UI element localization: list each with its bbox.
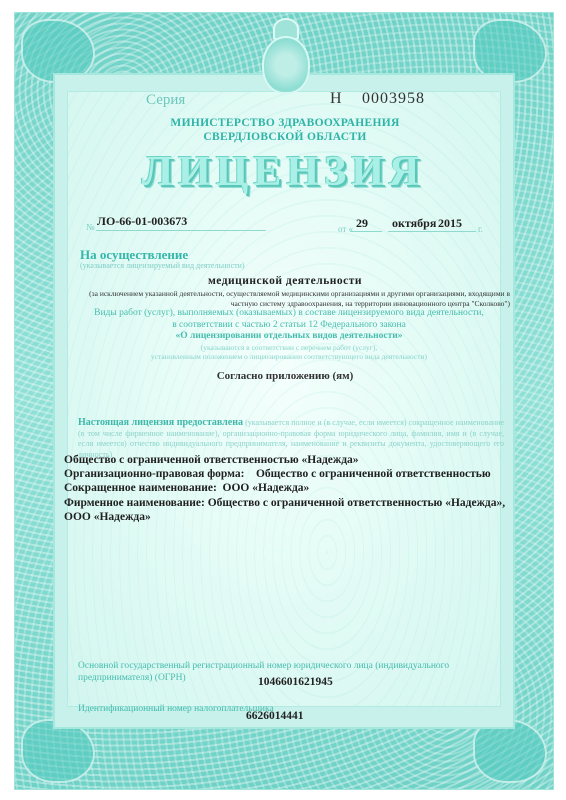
license-number-label: № [86,222,95,232]
org-short-name-row: Сокращенное наименование: ООО «Надежда» [64,481,534,495]
organization-details: Общество с ограниченной ответственностью… [64,453,534,524]
activity-note: (за исключением указанной деятельности, … [70,289,510,309]
series-letter: Н [330,90,343,108]
brand-name-value: Общество с ограниченной ответственностью… [208,497,505,509]
date-year: 2015 [438,216,462,231]
series-number: 0003958 [362,90,425,108]
brand-name-continued: ООО «Надежда» [64,510,534,524]
inn-label: Идентификационный номер налогоплательщик… [78,704,274,714]
issuing-authority: МИНИСТЕРСТВО ЗДРАВООХРАНЕНИЯ СВЕРДЛОВСКО… [120,116,450,144]
date-from-label: от « [338,224,353,234]
works-hint: (указываются в соответствии с перечнем р… [74,343,504,362]
licensed-activity: медицинской деятельности [60,275,510,287]
document-title: ЛИЦЕНЗИЯ [120,148,446,196]
date-month: октября [392,216,436,231]
works-hint-line: (указываются в соответствии с перечнем р… [74,343,504,353]
coat-of-arms-icon [262,36,310,94]
short-name-value: ООО «Надежда» [223,482,310,494]
org-legal-form-row: Организационно-правовая форма: Общество … [64,467,534,481]
ogrn-value: 1046601621945 [258,676,333,688]
series-label: Серия [146,92,185,109]
law-title: «О лицензировании отдельных видов деятел… [74,331,504,343]
works-description: Виды работ (услуг), выполняемых (оказыва… [74,308,504,362]
authority-line: МИНИСТЕРСТВО ЗДРАВООХРАНЕНИЯ [120,116,450,130]
org-brand-name-row: Фирменное наименование: Общество с огран… [64,496,534,510]
brand-name-label: Фирменное наименование: [64,497,205,509]
works-line: Виды работ (услуг), выполняемых (оказыва… [74,308,504,320]
underline [388,231,476,232]
legal-form-value: Общество с ограниченной ответственностью [256,468,491,480]
works-line: в соответствии с частью 2 статьи 12 Феде… [74,320,504,332]
works-hint-line: установленным положением о лицензировани… [74,352,504,362]
legal-form-label: Организационно-правовая форма: [64,468,244,480]
activity-hint: (указывается лицензируемый вид деятельно… [80,261,245,270]
authority-line: СВЕРДЛОВСКОЙ ОБЛАСТИ [120,130,450,144]
inn-value: 6626014441 [246,710,304,722]
underline [350,231,382,232]
according-to-appendix: Согласно приложению (ям) [120,370,450,382]
license-number: ЛО-66-01-003673 [97,214,187,229]
underline [96,230,266,231]
date-day: 29 [356,216,368,231]
short-name-label: Сокращенное наименование: [64,482,217,494]
org-full-name: Общество с ограниченной ответственностью… [64,453,534,467]
date-year-suffix: г. [478,224,483,234]
granted-lead: Настоящая лицензия предоставлена [78,417,243,428]
